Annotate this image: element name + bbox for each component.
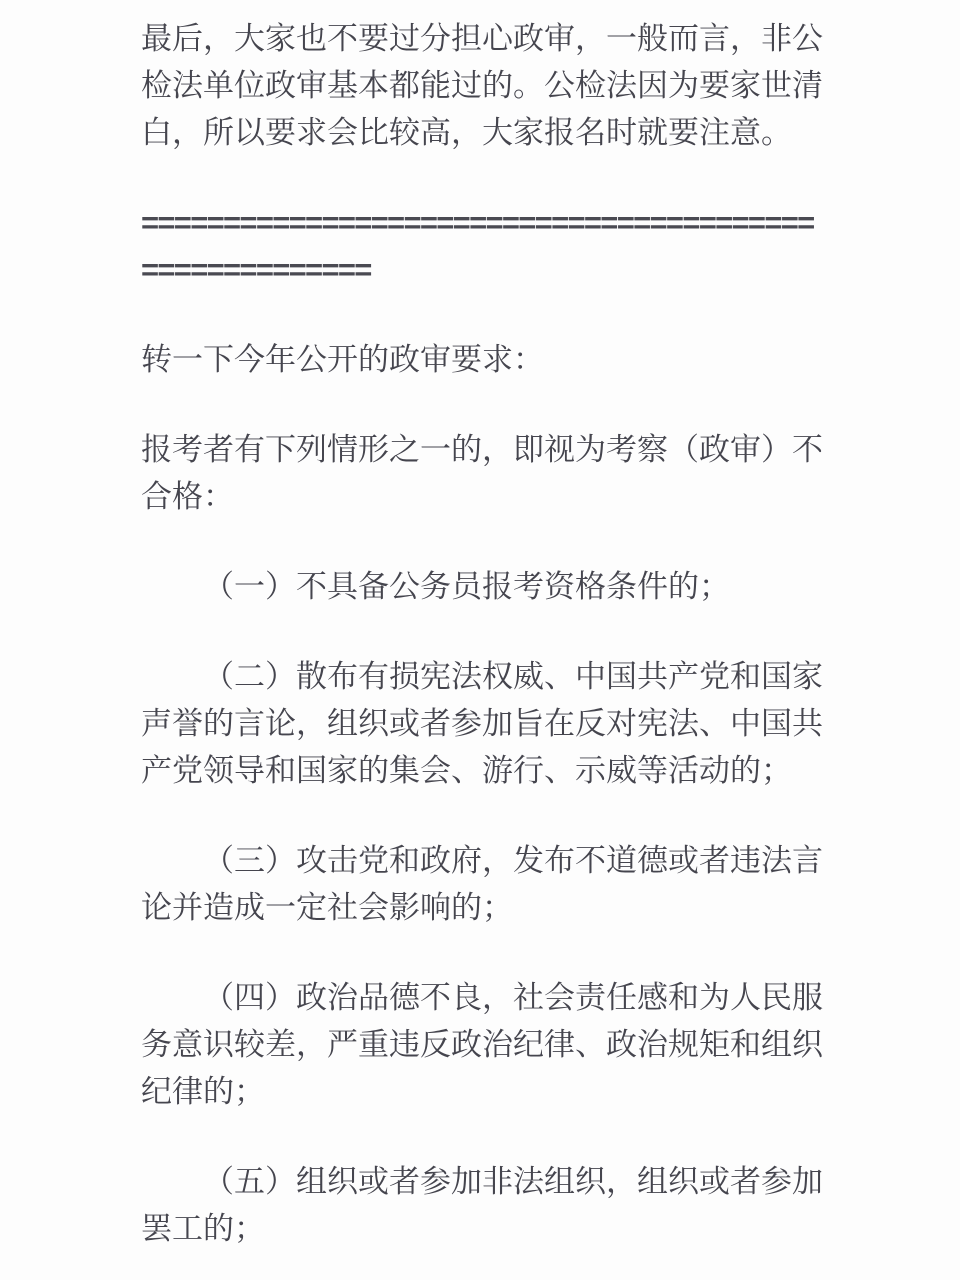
paragraph-item-5: （五）组织或者参加非法组织，组织或者参加罢工的； — [141, 1158, 830, 1252]
paragraph-item-4: （四）政治品德不良，社会责任感和为人民服务意识较差，严重违反政治纪律、政治规矩和… — [141, 974, 830, 1115]
text-line: ========================================… — [141, 199, 830, 246]
paragraph-item-1: （一）不具备公务员报考资格条件的； — [141, 563, 830, 610]
text-line: 最后，大家也不要过分担心政审，一般而言，非公 — [141, 15, 830, 62]
paragraph-condition-intro: 报考者有下列情形之一的，即视为考察（政审）不合格： — [141, 426, 830, 520]
paragraph-item-2: （二）散布有损宪法权威、中国共产党和国家声誉的言论，组织或者参加旨在反对宪法、中… — [141, 653, 830, 794]
paragraph-item-3: （三）攻击党和政府，发布不道德或者违法言论并造成一定社会影响的； — [141, 837, 830, 931]
text-line: 合格： — [141, 473, 830, 520]
text-line: （一）不具备公务员报考资格条件的； — [141, 563, 830, 610]
paragraph-separator: ========================================… — [141, 199, 830, 293]
text-line: 务意识较差，严重违反政治纪律、政治规矩和组织 — [141, 1021, 830, 1068]
text-line: 论并造成一定社会影响的； — [141, 884, 830, 931]
paragraph-intro: 最后，大家也不要过分担心政审，一般而言，非公检法单位政审基本都能过的。公检法因为… — [141, 15, 830, 156]
text-line: （四）政治品德不良，社会责任感和为人民服 — [141, 974, 830, 1021]
text-line: 罢工的； — [141, 1205, 830, 1252]
text-line: 转一下今年公开的政审要求： — [141, 336, 830, 383]
text-line: 报考者有下列情形之一的，即视为考察（政审）不 — [141, 426, 830, 473]
text-line: （二）散布有损宪法权威、中国共产党和国家 — [141, 653, 830, 700]
text-line: 声誉的言论，组织或者参加旨在反对宪法、中国共 — [141, 700, 830, 747]
text-line: 检法单位政审基本都能过的。公检法因为要家世清 — [141, 62, 830, 109]
article-body: 最后，大家也不要过分担心政审，一般而言，非公检法单位政审基本都能过的。公检法因为… — [0, 0, 960, 1252]
text-line: 产党领导和国家的集会、游行、示威等活动的； — [141, 747, 830, 794]
text-line: （五）组织或者参加非法组织，组织或者参加 — [141, 1158, 830, 1205]
text-line: 纪律的； — [141, 1068, 830, 1115]
text-line: （三）攻击党和政府，发布不道德或者违法言 — [141, 837, 830, 884]
text-line: 白，所以要求会比较高，大家报名时就要注意。 — [141, 109, 830, 156]
paragraph-lead: 转一下今年公开的政审要求： — [141, 336, 830, 383]
text-line: ============== — [141, 246, 830, 293]
